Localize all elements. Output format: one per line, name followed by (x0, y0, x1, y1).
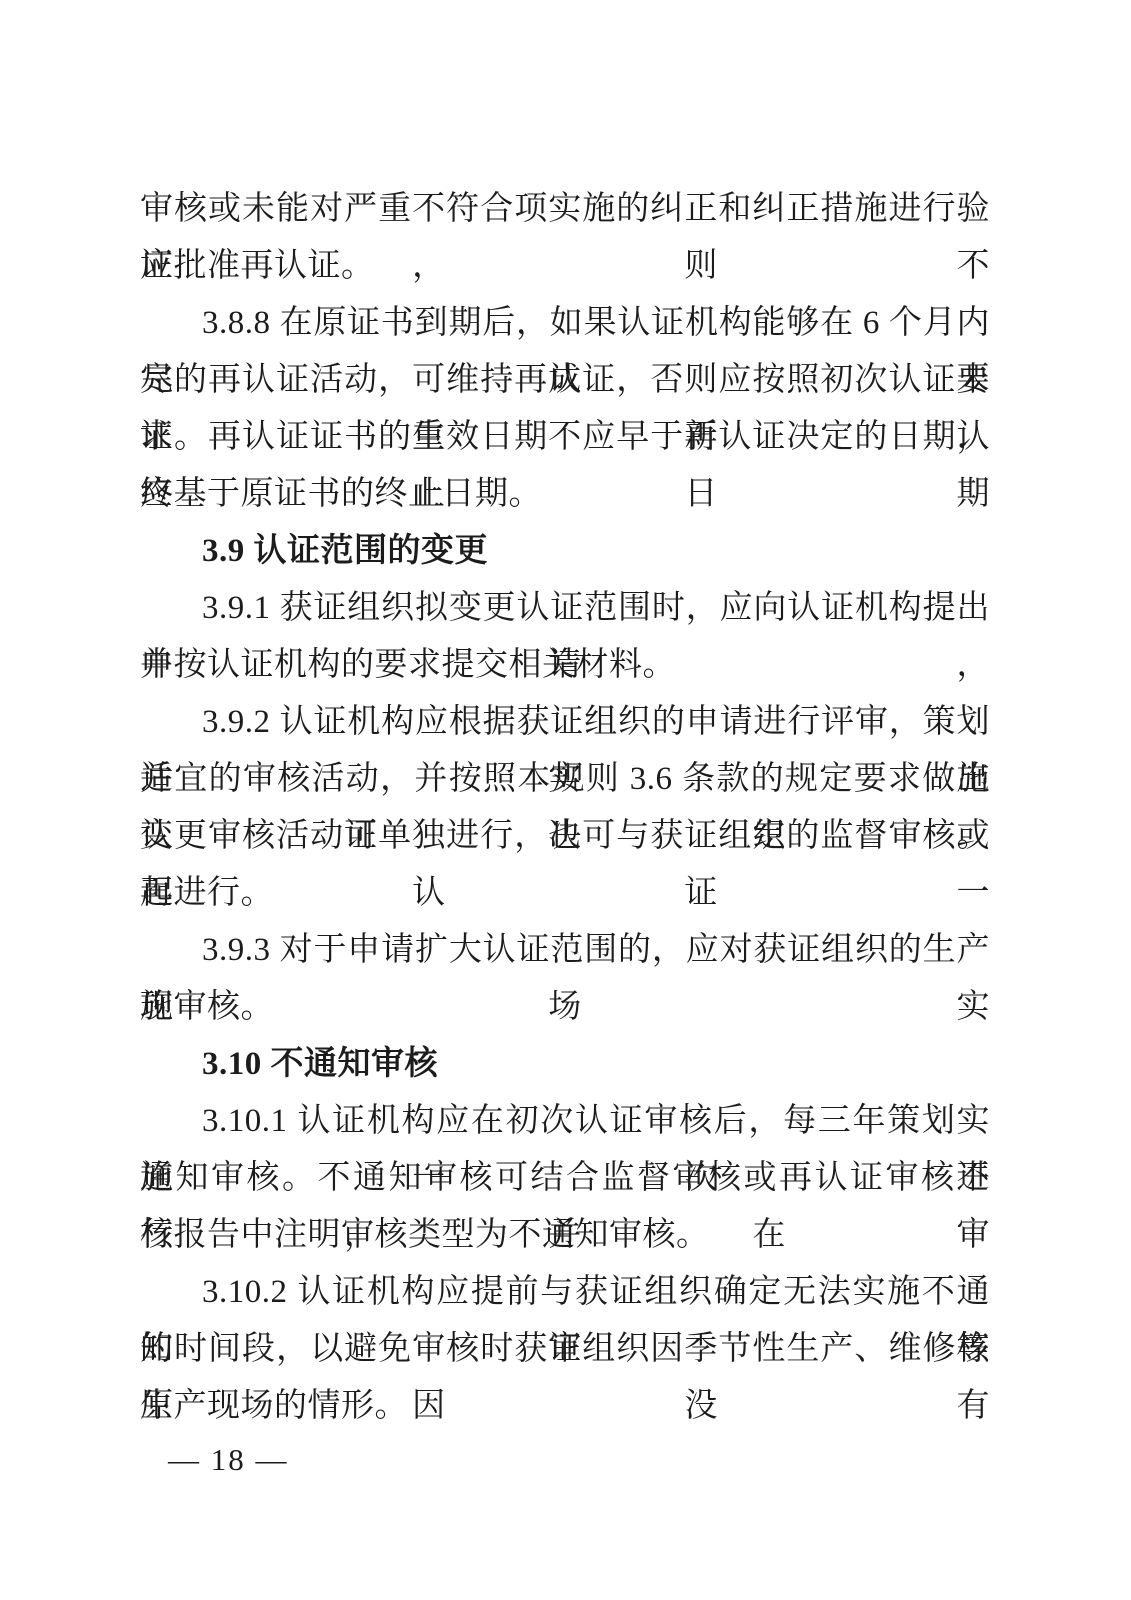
text-line: 3.10.2 认证机构应提前与获证组织确定无法实施不通知审核 (140, 1264, 990, 1321)
text-line: 3.9.1 获证组织拟变更认证范围时，应向认证机构提出申请， (140, 580, 990, 637)
text-line: 审核或未能对严重不符合项实施的纠正和纠正措施进行验证，则不 (140, 181, 990, 238)
document-body: 审核或未能对严重不符合项实施的纠正和纠正措施进行验证，则不应批准再认证。3.8.… (140, 181, 990, 1435)
section-heading: 3.10 不通知审核 (140, 1036, 990, 1093)
section-heading: 3.9 认证范围的变更 (140, 523, 990, 580)
document-page: 审核或未能对严重不符合项实施的纠正和纠正措施进行验证，则不应批准再认证。3.8.… (0, 0, 1131, 1600)
text-line: 的时间段，以避免审核时获证组织因季节性生产、维修等原因没有 (140, 1321, 990, 1378)
text-line: 通知审核。不通知审核可结合监督审核或再认证审核进行，并在审 (140, 1150, 990, 1207)
text-line: 3.9.2 认证机构应根据获证组织的申请进行评审，策划并实施 (140, 694, 990, 751)
text-line: 3.9.3 对于申请扩大认证范围的，应对获证组织的生产现场实 (140, 922, 990, 979)
text-line: 变更审核活动可单独进行，也可与获证组织的监督审核或再认证一 (140, 808, 990, 865)
text-line: 证。再认证证书的生效日期不应早于再认证决定的日期，终止日期 (140, 409, 990, 466)
page-number: — 18 — (168, 1440, 289, 1480)
text-line: 3.10.1 认证机构应在初次认证审核后，每三年策划实施一次不 (140, 1093, 990, 1150)
text-line: 尽的再认证活动，可维持再认证，否则应按照初次认证要求重新认 (140, 352, 990, 409)
text-line: 3.8.8 在原证书到期后，如果认证机构能够在 6 个月内完成未 (140, 295, 990, 352)
text-line: 适宜的审核活动，并按照本规则 3.6 条款的规定要求做出认证决定。 (140, 751, 990, 808)
